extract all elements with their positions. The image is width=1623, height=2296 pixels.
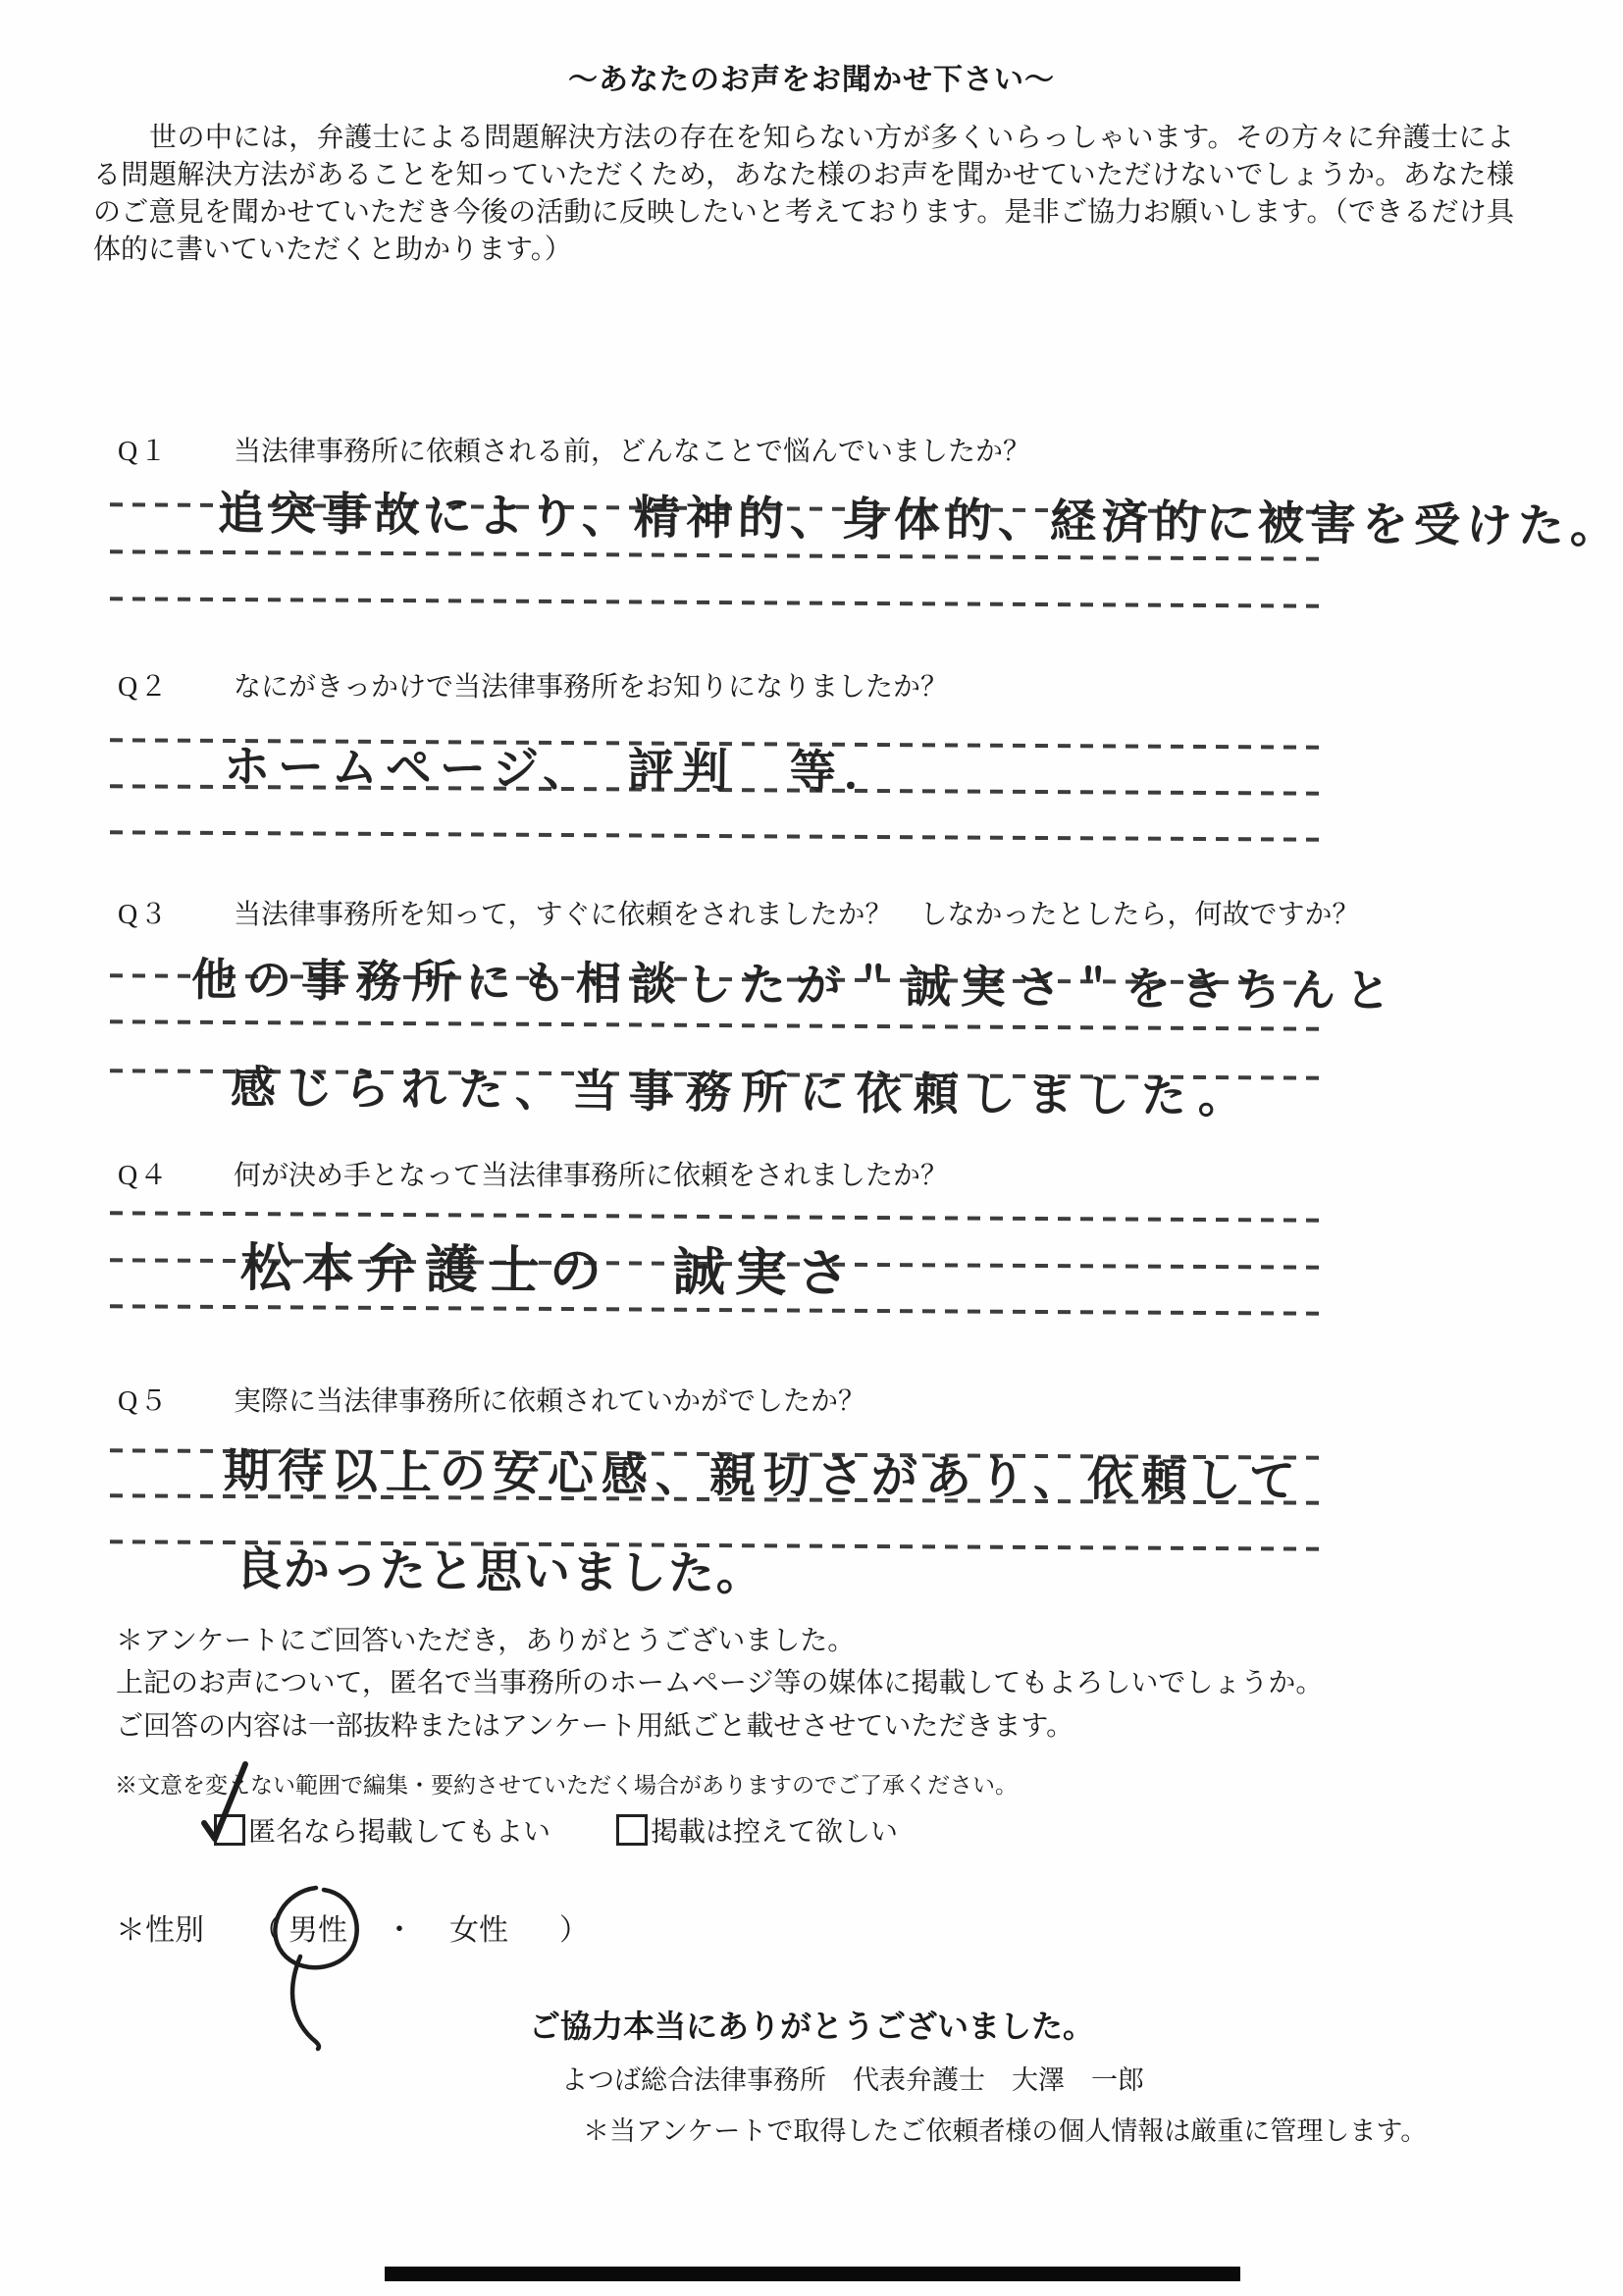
publish-question: 上記のお声について，匿名で当事務所のホームページ等の媒体に掲載してもよろしいでし… [116,1661,1323,1700]
footer-thanks: ご協力本当にありがとうございました。 [0,2002,1623,2047]
survey-thanks-note: ＊アンケートにご回答いただき，ありがとうございました。 [116,1619,855,1658]
gender-female: 女性 [449,1914,508,1947]
question-5: Q５実際に当法律事務所に依頼されていかがでしたか？ [118,1380,865,1419]
question-3: Q３当法律事務所を知って，すぐに依頼をされましたか？ しなかったとしたら，何故で… [118,893,1359,932]
intro-paragraph: 世の中には，弁護士による問題解決方法の存在を知らない方が多くいらっしゃいます。そ… [93,120,1514,269]
checkmark-icon [191,1747,270,1854]
scan-artifact-bar [385,2267,1240,2281]
handwritten-answer-2: ホームページ、 評判 等． [224,730,898,803]
question-3-label: Q３ [118,893,234,932]
question-4-text: 何が決め手となって当法律事務所に依頼をされましたか？ [234,1161,948,1191]
survey-scan-page: ～あなたのお声をお聞かせ下さい～ 世の中には，弁護士による問題解決方法の存在を知… [0,0,1623,2296]
question-5-text: 実際に当法律事務所に依頼されていかがでしたか？ [234,1386,865,1417]
consent-option-no-publish: 掲載は控えて欲しい [616,1810,898,1850]
question-2-text: なにがきっかけで当法律事務所をお知りになりましたか？ [234,672,948,703]
gender-close-paren: ） [559,1914,589,1947]
question-3-text: 当法律事務所を知って，すぐに依頼をされましたか？ しなかったとしたら，何故ですか… [234,900,1359,930]
checkbox-no-publish [616,1814,648,1846]
handwritten-answer-1: 追突事故により、精神的、身体的、経済的に被害を受けた。 [218,477,1623,556]
handwritten-answer-4: 松本弁護士の 誠実さ [240,1226,860,1307]
page-title: ～あなたのお声をお聞かせ下さい～ [0,55,1623,98]
handwritten-answer-3-line1: 他の事務所にも相談したが＂誠実さ＂をきちんと [191,944,1401,1020]
question-1-text: 当法律事務所に依頼される前，どんなことで悩んでいましたか？ [234,437,1030,467]
question-2: Q２なにがきっかけで当法律事務所をお知りになりましたか？ [118,665,948,704]
footer-firm-name: よつば総合法律事務所 代表弁護士 大澤 一郎 [561,2059,1144,2097]
question-2-label: Q２ [118,665,234,704]
gender-label: ＊性別 [116,1914,204,1947]
handwritten-answer-3-line2: 感じられた、当事務所に依頼しました。 [231,1052,1256,1126]
gender-separator: ・ [385,1914,414,1947]
question-5-label: Q５ [118,1380,234,1419]
answer-ruled-line [110,597,1323,608]
checkbox-anonymous-ok-label: 匿名なら掲載してもよい [248,1817,550,1848]
question-4-label: Q４ [118,1154,234,1193]
question-1-label: Q１ [118,430,234,469]
handwritten-answer-5-line1: 期待以上の安心感、親切さがあり、依頼して [224,1435,1304,1511]
answer-ruled-line [110,1019,1323,1031]
question-4: Q４何が決め手となって当法律事務所に依頼をされましたか？ [118,1154,948,1193]
handwritten-answer-5-line2: 良かったと思いました。 [236,1533,765,1603]
question-1: Q１当法律事務所に依頼される前，どんなことで悩んでいましたか？ [118,430,1030,469]
answer-ruled-line [110,830,1323,842]
answer-ruled-line [110,1304,1323,1316]
answer-ruled-line [110,1211,1323,1223]
checkbox-no-publish-label: 掲載は控えて欲しい [651,1817,898,1848]
footer-privacy-note: ＊当アンケートで取得したご依頼者様の個人情報は厳重に管理します。 [583,2110,1427,2148]
publish-detail: ご回答の内容は一部抜粋またはアンケート用紙ごと載せさせていただきます。 [116,1704,1073,1744]
